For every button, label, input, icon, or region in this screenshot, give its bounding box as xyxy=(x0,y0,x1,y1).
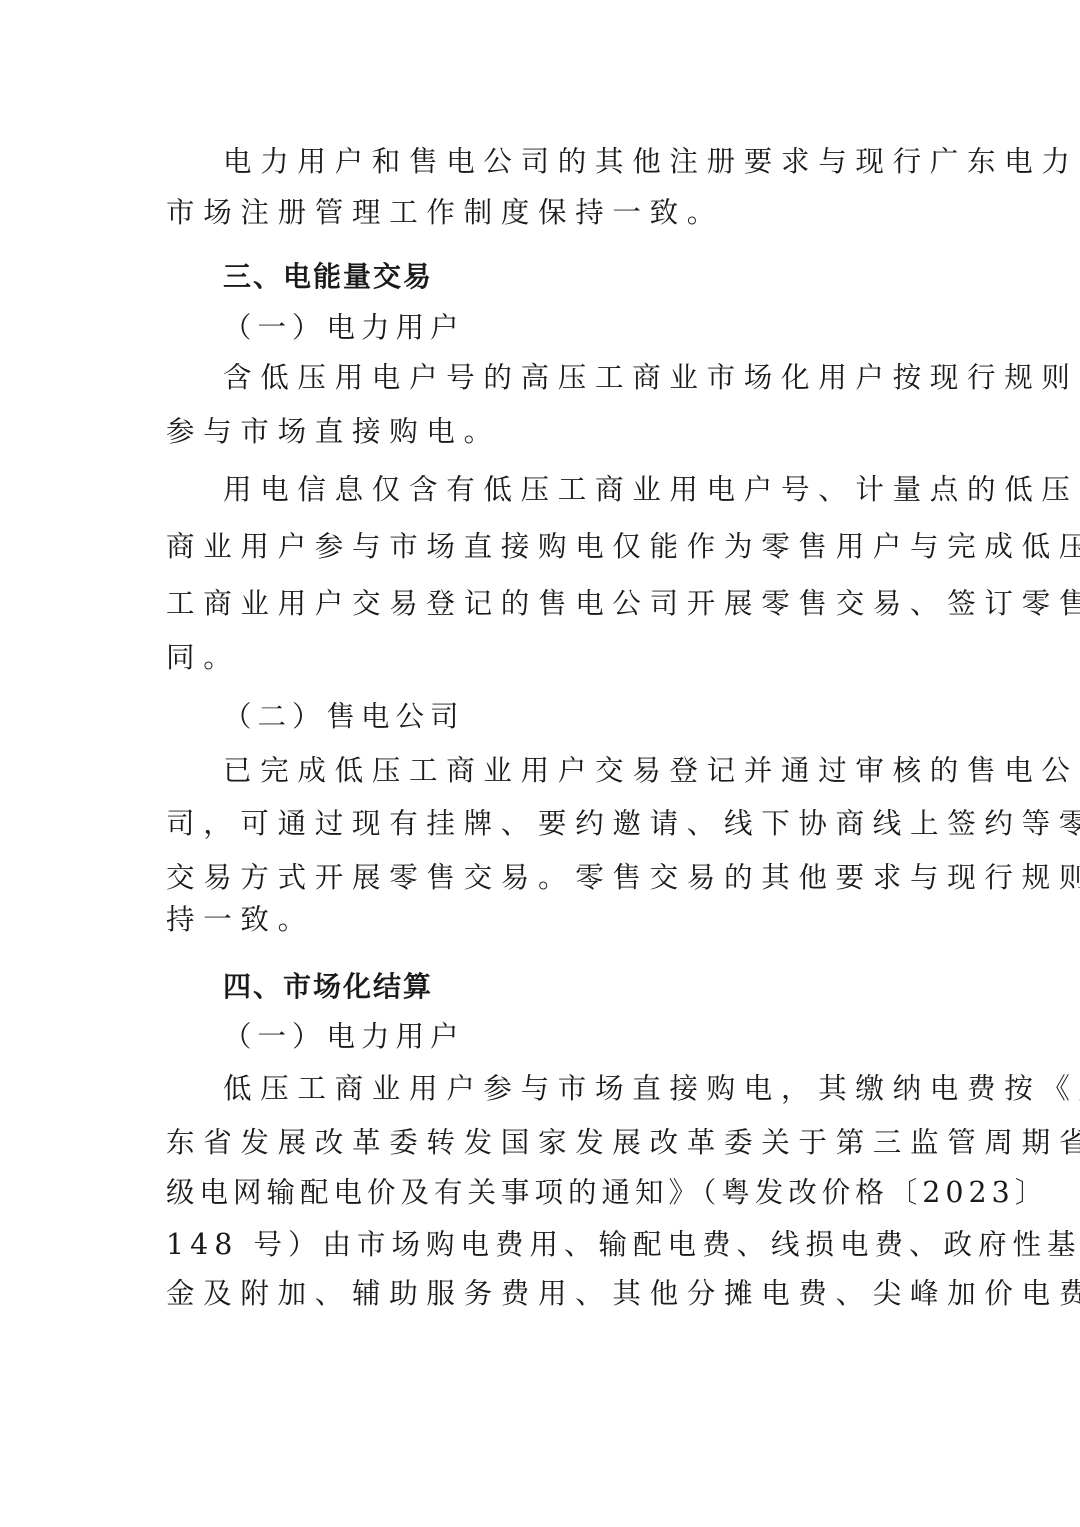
paragraph-line: 司，可通过现有挂牌、要约邀请、线下协商线上签约等零售 xyxy=(166,804,918,844)
document-page: 电力用户和售电公司的其他注册要求与现行广东电力 市场注册管理工作制度保持一致。 … xyxy=(0,0,1080,1527)
paragraph-line: 低压工商业用户参与市场直接购电，其缴纳电费按《广 xyxy=(223,1069,918,1109)
paragraph-line: 持一致。 xyxy=(166,900,918,940)
paragraph-line: 工商业用户交易登记的售电公司开展零售交易、签订零售合 xyxy=(166,584,918,624)
paragraph-line: 级电网输配电价及有关事项的通知》（粤发改价格〔2023〕 xyxy=(166,1173,918,1213)
paragraph-line: 金及附加、辅助服务费用、其他分摊电费、尖峰加价电费等 xyxy=(166,1274,918,1314)
subsection-heading: （一）电力用户 xyxy=(223,308,918,348)
paragraph-line: 市场注册管理工作制度保持一致。 xyxy=(166,193,918,233)
paragraph-line: 交易方式开展零售交易。零售交易的其他要求与现行规则保 xyxy=(166,858,918,898)
subsection-heading: （二）售电公司 xyxy=(223,697,918,737)
paragraph-line: 含低压用电户号的高压工商业市场化用户按现行规则 xyxy=(223,358,918,398)
paragraph-line: 参与市场直接购电。 xyxy=(166,412,918,452)
paragraph-line: 电力用户和售电公司的其他注册要求与现行广东电力 xyxy=(223,142,918,182)
paragraph-line: 东省发展改革委转发国家发展改革委关于第三监管周期省 xyxy=(166,1123,918,1163)
paragraph-line: 同。 xyxy=(166,638,918,678)
paragraph-line: 商业用户参与市场直接购电仅能作为零售用户与完成低压 xyxy=(166,527,918,567)
paragraph-line: 用电信息仅含有低压工商业用电户号、计量点的低压工 xyxy=(223,470,918,510)
subsection-heading: （一）电力用户 xyxy=(223,1017,918,1057)
paragraph-line: 148 号）由市场购电费用、输配电费、线损电费、政府性基 xyxy=(166,1225,918,1265)
paragraph-line: 已完成低压工商业用户交易登记并通过审核的售电公 xyxy=(223,751,918,791)
section-heading: 三、电能量交易 xyxy=(223,257,918,297)
section-heading: 四、市场化结算 xyxy=(223,967,918,1007)
